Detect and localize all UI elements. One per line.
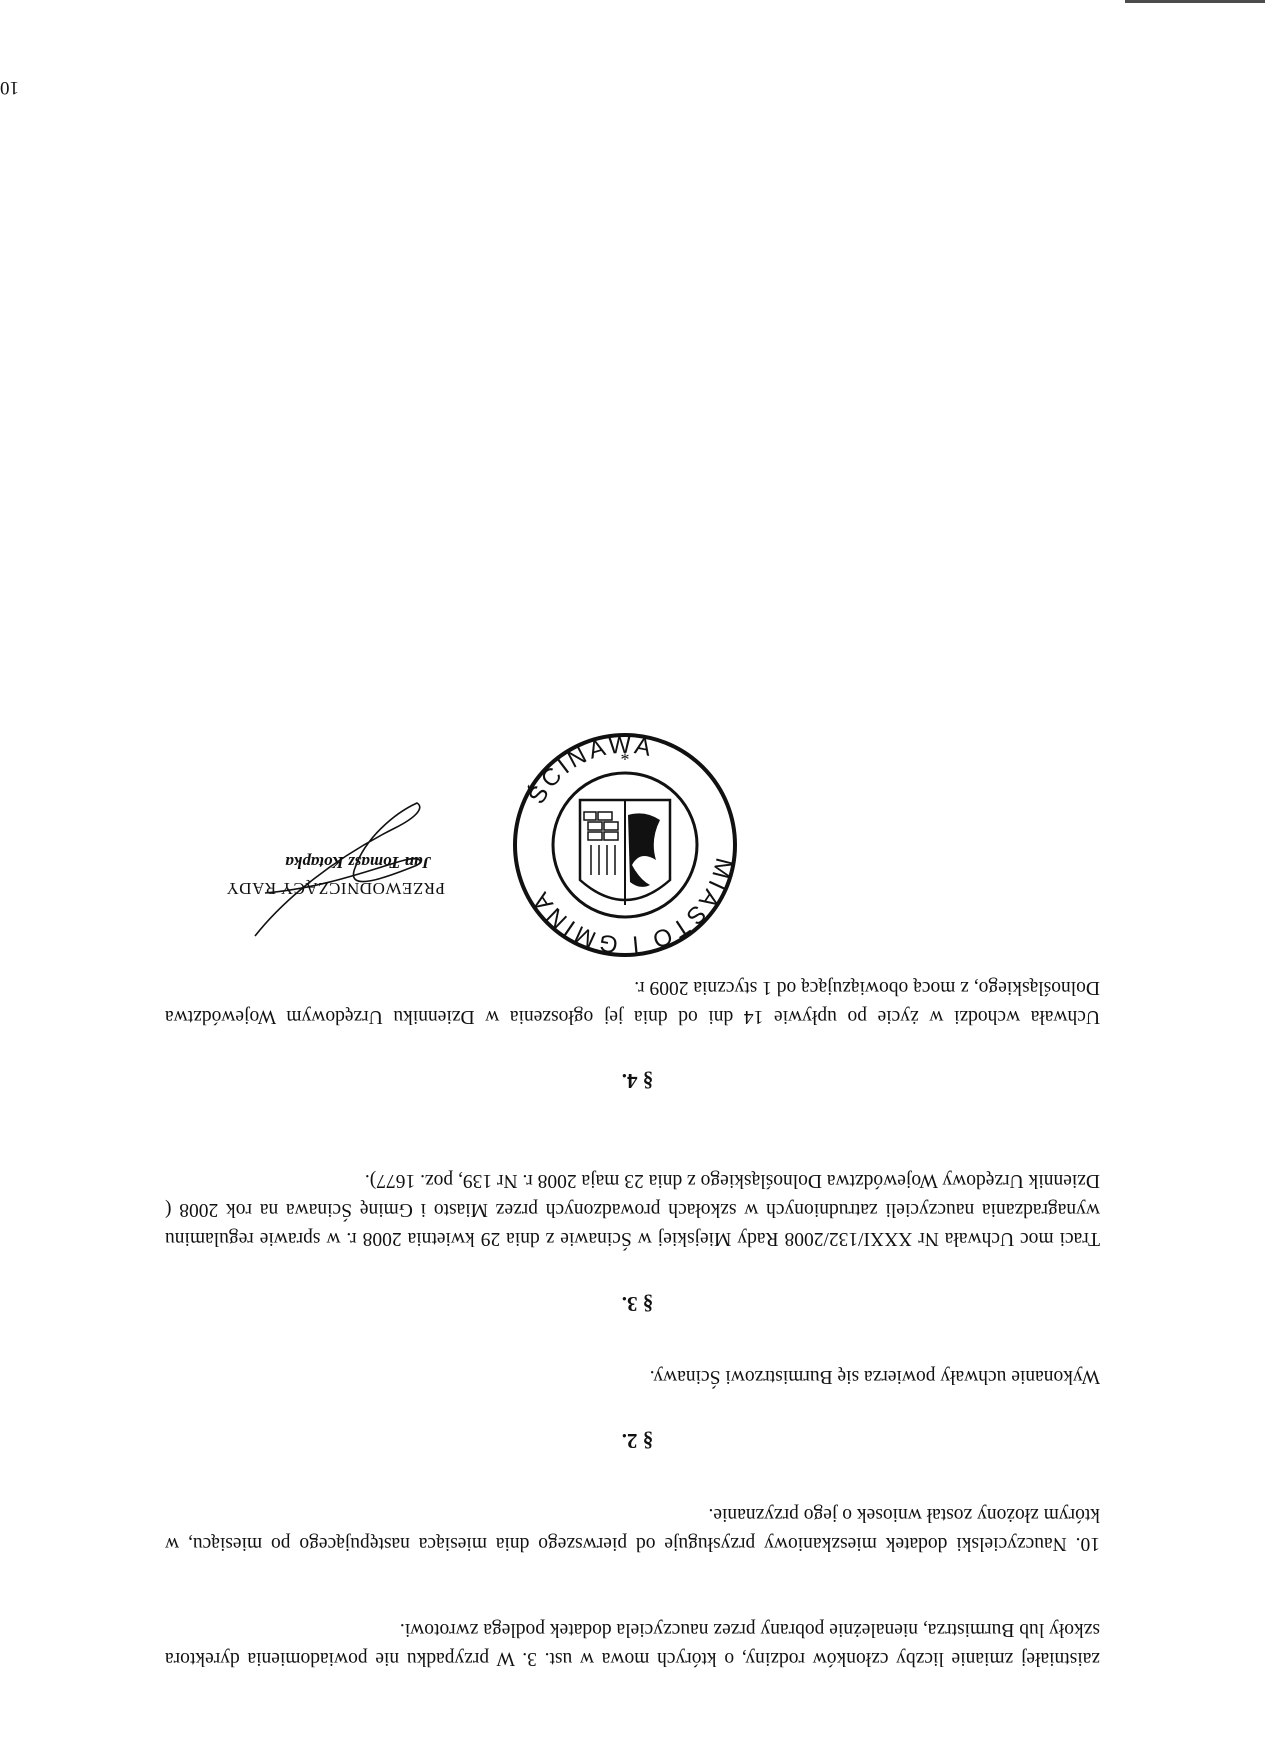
paragraph-10: 10. Nauczycielski dodatek mieszkaniowy p… bbox=[165, 1500, 1100, 1558]
paragraph-text: zaistniałej zmianie liczby członków rodz… bbox=[165, 1615, 1100, 1673]
paragraph-text: 10. Nauczycielski dodatek mieszkaniowy p… bbox=[165, 1500, 1100, 1558]
handwritten-signature-icon bbox=[235, 798, 455, 938]
signature-block: PRZEWODNICZĄCY RADY Jan Tomasz Kotapka bbox=[226, 852, 445, 898]
scan-edge-mark bbox=[1125, 0, 1265, 3]
section-3-heading: § 3. bbox=[0, 1291, 1275, 1316]
page-number: 10 bbox=[0, 76, 1100, 98]
paragraph-text: Wykonanie uchwały powierza się Burmistrz… bbox=[165, 1362, 1100, 1391]
section-4-text: Uchwała wchodzi w życie po upływie 14 dn… bbox=[165, 973, 1100, 1031]
section-2-heading: § 2. bbox=[0, 1428, 1275, 1453]
svg-text:*: * bbox=[621, 744, 630, 764]
section-2-text: Wykonanie uchwały powierza się Burmistrz… bbox=[165, 1362, 1100, 1391]
paragraph-text: Uchwała wchodzi w życie po upływie 14 dn… bbox=[165, 973, 1100, 1031]
svg-text:ŚCINAWA: ŚCINAWA bbox=[522, 732, 656, 809]
section-3-text: Traci moc Uchwała Nr XXXI/132/2008 Rady … bbox=[165, 1166, 1100, 1253]
section-4-heading: § 4. bbox=[0, 1068, 1275, 1093]
official-seal-icon: MIASTO I GMINA ŚCINAWA * bbox=[510, 730, 740, 960]
paragraph-continuation: zaistniałej zmianie liczby członków rodz… bbox=[165, 1615, 1100, 1673]
paragraph-text: Traci moc Uchwała Nr XXXI/132/2008 Rady … bbox=[165, 1166, 1100, 1253]
document-page: zaistniałej zmianie liczby członków rodz… bbox=[0, 0, 1275, 1753]
